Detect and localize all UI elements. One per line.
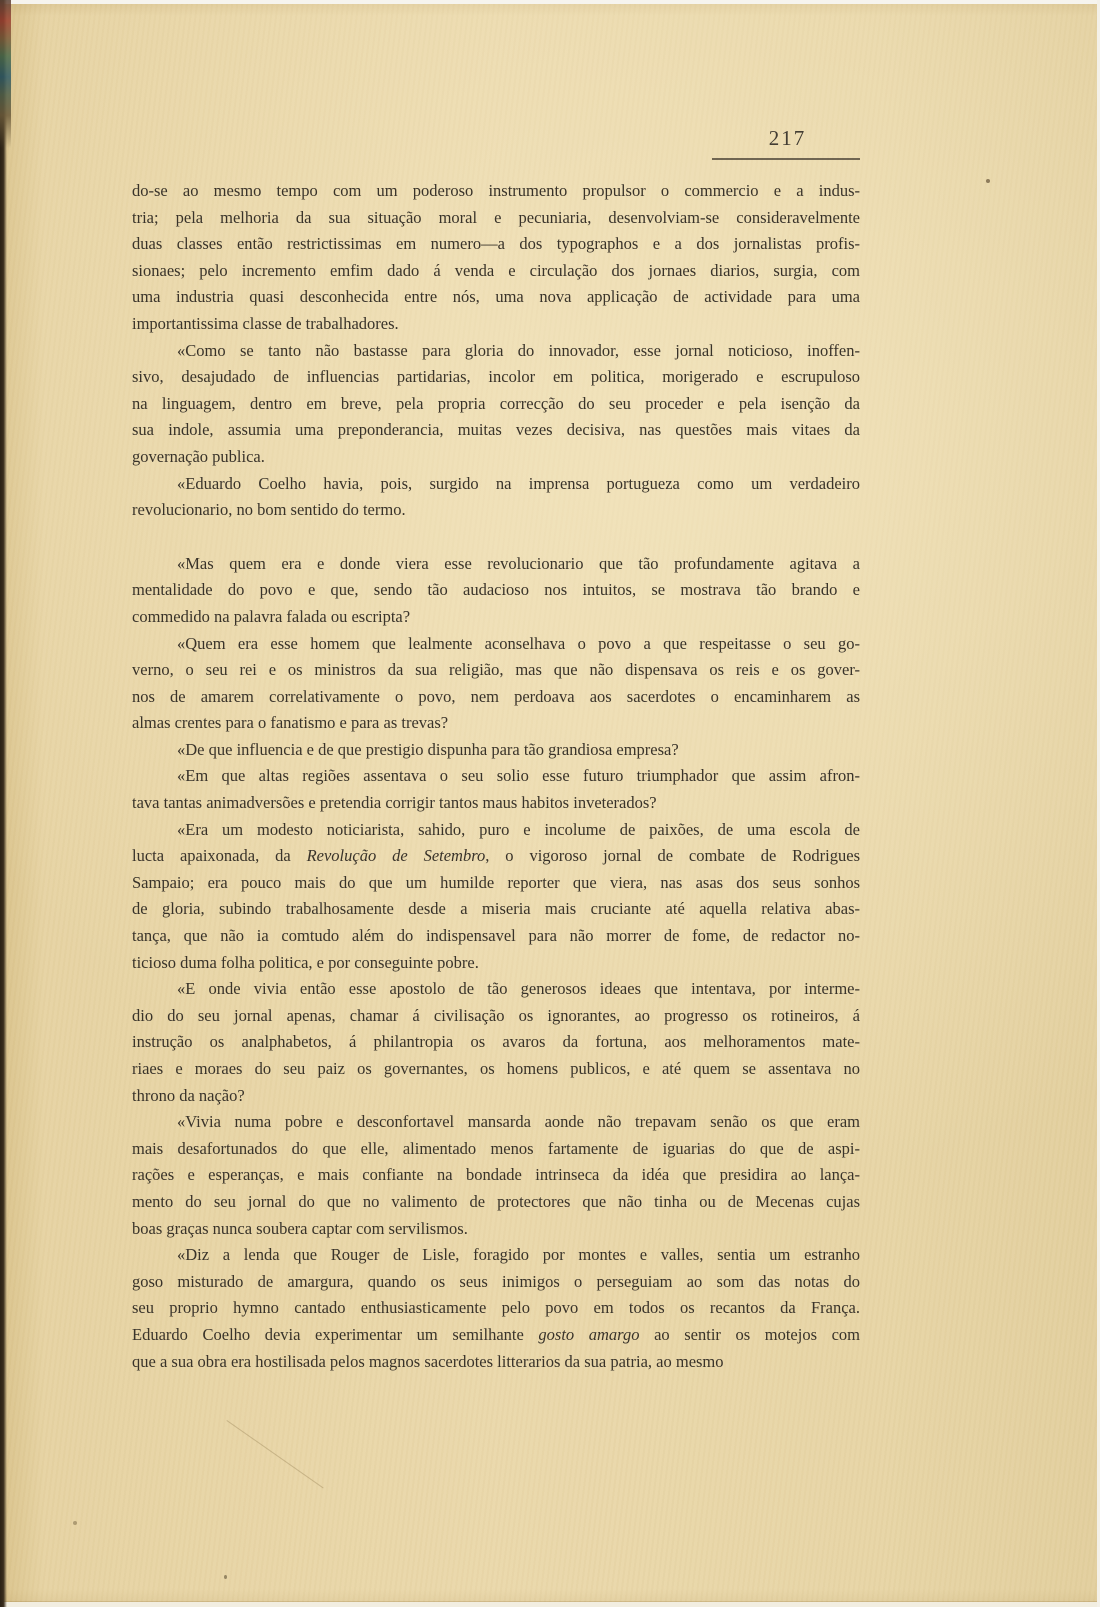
text-line: sionaes; pelo incremento emfim dado á ve… [132, 258, 860, 285]
text-line: commedido na palavra falada ou escripta? [132, 604, 860, 631]
text-line: verno, o seu rei e os ministros da sua r… [132, 657, 860, 684]
text-line: de gloria, subindo trabalhosamente desde… [132, 896, 860, 923]
text-line: tava tantas animadversões e pretendia co… [132, 790, 860, 817]
text-line: mento do seu jornal do que no valimento … [132, 1189, 860, 1216]
text-line: uma industria quasi desconhecida entre n… [132, 284, 860, 311]
text-line: mais desafortunados do que elle, aliment… [132, 1136, 860, 1163]
paragraph: «Eduardo Coelho havia, pois, surgido na … [132, 471, 860, 524]
foxing-spot [428, 374, 436, 381]
page-number: 217 [715, 126, 860, 151]
paragraph: «Vivia numa pobre e desconfortavel mansa… [132, 1109, 860, 1242]
paragraph: «Era um modesto noticiarista, sahido, pu… [132, 817, 860, 977]
foxing-spot [73, 1521, 77, 1525]
text-line: instrução os analphabetos, á philantropi… [132, 1029, 860, 1056]
text-line: na linguagem, dentro em breve, pela prop… [132, 391, 860, 418]
text-line: «Vivia numa pobre e desconfortavel mansa… [132, 1109, 860, 1136]
text-block: do-se ao mesmo tempo com um poderoso ins… [132, 178, 860, 1375]
text-line: Sampaio; era pouco mais do que um humild… [132, 870, 860, 897]
page-number-rule [712, 158, 860, 160]
text-line: tança, que não ia comtudo além do indisp… [132, 923, 860, 950]
text-line: «Eduardo Coelho havia, pois, surgido na … [132, 471, 860, 498]
paragraph: «Diz a lenda que Rouger de Lisle, foragi… [132, 1242, 860, 1375]
text-line: rações e esperanças, e mais confiante na… [132, 1162, 860, 1189]
text-line: «De que influencia e de que prestigio di… [132, 737, 860, 764]
paragraph: do-se ao mesmo tempo com um poderoso ins… [132, 178, 860, 338]
marbled-corner-decoration [0, 0, 11, 148]
scanned-book-page: 217 do-se ao mesmo tempo com um poderoso… [0, 0, 1100, 1607]
text-line: lucta apaixonada, da Revolução de Setemb… [132, 843, 860, 870]
text-line: seu proprio hymno cantado enthusiasticam… [132, 1295, 860, 1322]
text-line: que a sua obra era hostilisada pelos mag… [132, 1349, 860, 1376]
text-line: «Mas quem era e donde viera esse revoluc… [132, 551, 860, 578]
text-line: «Diz a lenda que Rouger de Lisle, foragi… [132, 1242, 860, 1269]
text-line: revolucionario, no bom sentido do termo. [132, 497, 860, 524]
paragraph: «Quem era esse homem que lealmente acons… [132, 631, 860, 737]
text-line: duas classes então restrictissimas em nu… [132, 231, 860, 258]
text-line: almas crentes para o fanatismo e para as… [132, 710, 860, 737]
text-line: sua indole, assumia uma preponderancia, … [132, 417, 860, 444]
paragraph: «Mas quem era e donde viera esse revoluc… [132, 551, 860, 631]
page-edge-bottom [0, 1602, 1100, 1607]
text-line: «Era um modesto noticiarista, sahido, pu… [132, 817, 860, 844]
text-line: governação publica. [132, 444, 860, 471]
paragraph: «E onde vivia então esse apostolo de tão… [132, 976, 860, 1109]
paragraph: «Em que altas regiões assentava o seu so… [132, 763, 860, 816]
page-edge-top [0, 0, 1100, 4]
text-line: mentalidade do povo e que, sendo tão aud… [132, 577, 860, 604]
text-line: tria; pela melhoria da sua situação mora… [132, 205, 860, 232]
paragraph: «Como se tanto não bastasse para gloria … [132, 338, 860, 471]
text-line: sivo, desajudado de influencias partidar… [132, 364, 860, 391]
text-line: throno da nação? [132, 1083, 860, 1110]
text-line: riaes e moraes do seu paiz os governante… [132, 1056, 860, 1083]
text-line: do-se ao mesmo tempo com um poderoso ins… [132, 178, 860, 205]
text-line: ticioso duma folha politica, e por conse… [132, 950, 860, 977]
text-line: «Como se tanto não bastasse para gloria … [132, 338, 860, 365]
text-line: «Em que altas regiões assentava o seu so… [132, 763, 860, 790]
foxing-spot [986, 179, 990, 183]
text-line: goso misturado de amargura, quando os se… [132, 1269, 860, 1296]
text-line: «E onde vivia então esse apostolo de tão… [132, 976, 860, 1003]
paper-scratch [226, 1420, 323, 1489]
foxing-spot [224, 1575, 227, 1579]
text-line: dio do seu jornal apenas, chamar á civil… [132, 1003, 860, 1030]
paragraph: «De que influencia e de que prestigio di… [132, 737, 860, 764]
page-edge-left [0, 0, 7, 1607]
text-line: Eduardo Coelho devia experimentar um sem… [132, 1322, 860, 1349]
text-line: «Quem era esse homem que lealmente acons… [132, 631, 860, 658]
text-line: boas graças nunca soubera captar com ser… [132, 1216, 860, 1243]
text-line: importantissima classe de trabalhadores. [132, 311, 860, 338]
text-line: nos de amarem correlativamente o povo, n… [132, 684, 860, 711]
